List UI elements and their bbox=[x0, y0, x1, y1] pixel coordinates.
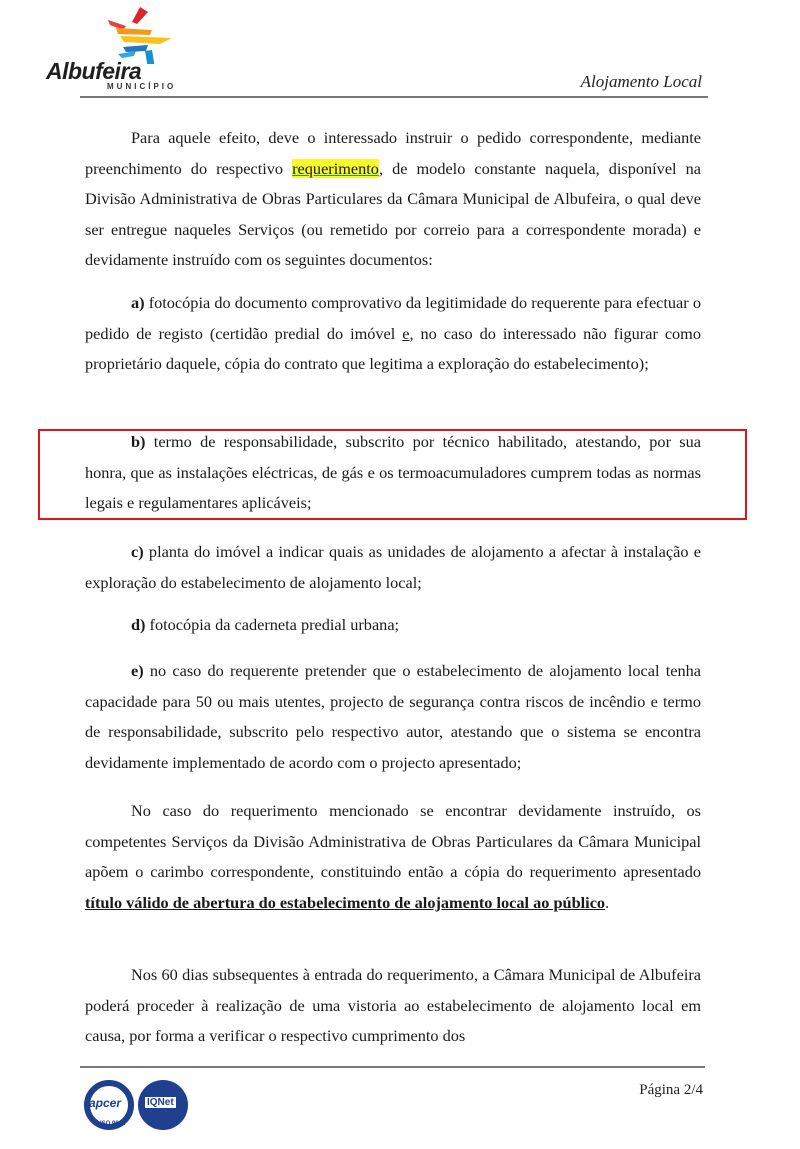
list-item-a: a) fotocópia do documento comprovativo d… bbox=[85, 288, 701, 380]
item-label: b) bbox=[131, 432, 145, 451]
albufeira-logo: Albufeira MUNICÍPIO bbox=[40, 4, 190, 90]
item-text: termo de responsabilidade, subscrito por… bbox=[85, 432, 701, 512]
header-divider bbox=[80, 96, 708, 98]
item-label: e) bbox=[131, 661, 144, 680]
iqnet-label: IQNet bbox=[145, 1097, 176, 1108]
highlighted-term: requerimento bbox=[292, 159, 379, 178]
logo-subtitle: MUNICÍPIO bbox=[107, 82, 176, 91]
inspection-paragraph: Nos 60 dias subsequentes à entrada do re… bbox=[85, 960, 701, 1052]
item-text: planta do imóvel a indicar quais as unid… bbox=[85, 542, 701, 592]
emphasized-title: título válido de abertura do estabelecim… bbox=[85, 893, 605, 912]
list-item-c: c) planta do imóvel a indicar quais as u… bbox=[85, 537, 701, 598]
item-label: a) bbox=[131, 293, 145, 312]
intro-paragraph: Para aquele efeito, deve o interessado i… bbox=[85, 123, 701, 276]
list-item-d: d) fotocópia da caderneta predial urbana… bbox=[85, 610, 701, 641]
iso-label: ISO 9001 bbox=[100, 1121, 125, 1127]
list-item-b: b) termo de responsabilidade, subscrito … bbox=[85, 427, 701, 519]
approval-text-end: . bbox=[605, 893, 609, 912]
item-label: c) bbox=[131, 542, 144, 561]
list-item-e: e) no caso do requerente pretender que o… bbox=[85, 656, 701, 778]
underlined-word: e bbox=[402, 324, 409, 343]
logo-wordmark: Albufeira bbox=[46, 58, 141, 85]
document-title: Alojamento Local bbox=[581, 72, 702, 92]
item-text: fotocópia da caderneta predial urbana; bbox=[145, 615, 399, 634]
approval-text: No caso do requerimento mencionado se en… bbox=[85, 801, 701, 881]
page-number: Página 2/4 bbox=[639, 1082, 703, 1099]
item-text: no caso do requerente pretender que o es… bbox=[85, 661, 701, 772]
star-logo-icon bbox=[40, 4, 190, 64]
footer-divider bbox=[80, 1066, 705, 1068]
apcer-label: apcer bbox=[89, 1096, 121, 1110]
approval-paragraph: No caso do requerimento mencionado se en… bbox=[85, 796, 701, 918]
item-label: d) bbox=[131, 615, 145, 634]
